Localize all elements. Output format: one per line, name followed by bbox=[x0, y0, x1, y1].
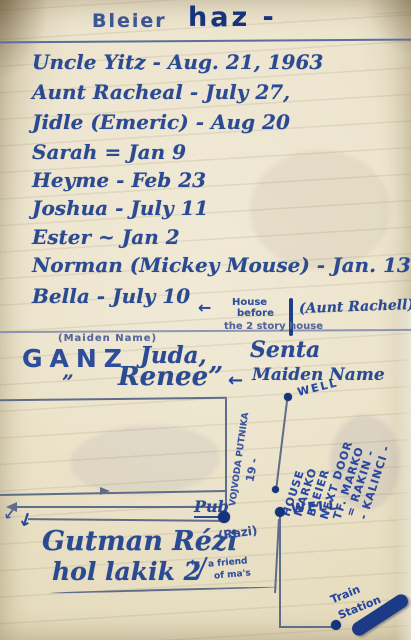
surname-ganz: GANZ bbox=[22, 344, 129, 373]
person-name: Jidle (Emeric) bbox=[32, 110, 189, 134]
person-date: Aug 20 bbox=[211, 110, 290, 134]
well-dot bbox=[275, 507, 285, 517]
handwritten-note-page: Bleier haz - Uncle Yitz-Aug. 21, 1963 Au… bbox=[0, 0, 411, 640]
list-item: Jidle (Emeric)-Aug 20 bbox=[32, 110, 290, 134]
gutman-name: Gutman Rézi bbox=[42, 526, 237, 557]
person-date: Jan 2 bbox=[122, 225, 180, 249]
person-name: Bella bbox=[32, 284, 90, 308]
name-senta: Senta bbox=[250, 337, 320, 363]
map-street-b bbox=[14, 506, 222, 508]
well-dot bbox=[284, 393, 292, 401]
person-date: Jan 9 bbox=[128, 140, 186, 164]
person-date: July 27, bbox=[205, 80, 290, 104]
separator: - bbox=[115, 196, 123, 220]
person-name: Uncle Yitz bbox=[32, 50, 146, 74]
left-arrow-icon: ← bbox=[190, 555, 200, 569]
pub-dot bbox=[218, 511, 230, 523]
list-item: Heyme-Feb 23 bbox=[32, 168, 206, 192]
ink-showthrough bbox=[250, 150, 390, 270]
left-arrow-icon: ← bbox=[228, 370, 243, 391]
house-note-line1: House bbox=[232, 297, 267, 308]
train-road-dot bbox=[331, 620, 341, 630]
ditto-mark: ” bbox=[62, 370, 74, 394]
house-note-line2: before bbox=[237, 308, 274, 319]
person-name: Ester bbox=[32, 225, 91, 249]
gutman-hol-lakik: hol lakik 2 bbox=[52, 557, 201, 586]
person-name: Heyme bbox=[32, 168, 109, 192]
separator: - bbox=[116, 168, 124, 192]
house-dot bbox=[272, 486, 279, 493]
left-arrow-icon: ← bbox=[198, 298, 211, 317]
list-item: Bella-July 10 bbox=[32, 284, 190, 308]
separator: - bbox=[196, 110, 204, 134]
person-date: July 11 bbox=[130, 196, 208, 220]
map-train-road-horizontal bbox=[279, 626, 335, 628]
person-name: Norman (Mickey Mouse) bbox=[32, 253, 310, 277]
separator: - bbox=[153, 50, 161, 74]
person-name: Joshua bbox=[32, 196, 108, 220]
page-title-haz: haz - bbox=[188, 2, 277, 33]
list-item: Aunt Racheal-July 27, bbox=[32, 80, 290, 104]
name-renee: Renee” bbox=[118, 362, 223, 392]
person-date: Aug. 21, 1963 bbox=[168, 50, 323, 74]
list-item: Uncle Yitz-Aug. 21, 1963 bbox=[32, 50, 323, 74]
separator: = bbox=[104, 140, 121, 164]
separator: - bbox=[190, 80, 198, 104]
house-note-line3: the 2 story house bbox=[224, 321, 323, 332]
list-item: Sarah=Jan 9 bbox=[32, 140, 186, 164]
map-train-road-vertical bbox=[279, 516, 281, 626]
page-title-family: Bleier bbox=[92, 10, 167, 32]
right-arrowhead-icon bbox=[100, 487, 110, 495]
person-name: Sarah bbox=[32, 140, 97, 164]
person-name: Aunt Racheal bbox=[32, 80, 183, 104]
list-item: Ester~Jan 2 bbox=[32, 225, 180, 249]
separator: ~ bbox=[98, 225, 115, 249]
person-date: Feb 23 bbox=[131, 168, 206, 192]
person-date: July 10 bbox=[112, 284, 190, 308]
list-item: Joshua-July 11 bbox=[32, 196, 208, 220]
separator: - bbox=[97, 284, 105, 308]
